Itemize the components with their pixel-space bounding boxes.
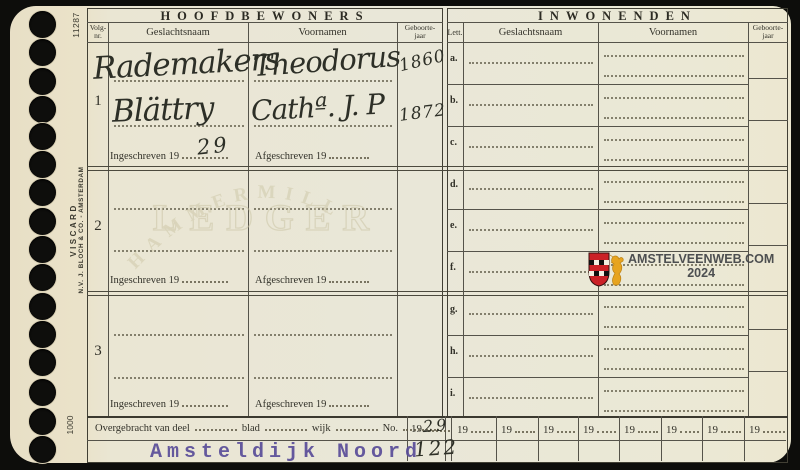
paper-watermark-main-text: LEDGER (153, 198, 381, 239)
grid-line (447, 335, 748, 336)
dotted-line (604, 410, 744, 412)
scanned-register-card: 11287 VISCARD N.V. J. BLOCH & CO. - AMST… (0, 0, 800, 470)
dotted-line (182, 402, 228, 407)
year-cell: 19 (666, 424, 699, 436)
year-cell-label: 19 (749, 424, 760, 436)
year-cell: 19 (707, 424, 741, 436)
col-header-geslachtsnaam: Geslachtsnaam (463, 27, 598, 38)
dotted-line (604, 390, 744, 392)
grid-line (748, 78, 788, 79)
grid-line (447, 209, 748, 210)
blad-text: blad (242, 423, 260, 434)
dotted-line (265, 426, 307, 431)
dotted-line (604, 117, 744, 119)
transfer-year-handwritten: 29 (422, 417, 450, 435)
letter-label: d. (450, 179, 458, 190)
punch-hole (29, 236, 56, 263)
punch-hole (29, 96, 56, 123)
punch-hole (29, 208, 56, 235)
punch-hole (29, 39, 56, 66)
grid-line (87, 22, 443, 23)
dotted-line (604, 55, 744, 57)
year-cell: 19 (583, 424, 616, 436)
dotted-line (336, 426, 378, 431)
dotted-line (469, 62, 593, 64)
grid-line (447, 126, 748, 127)
grid-line (447, 42, 788, 43)
serial-number-top: 11287 (71, 5, 81, 45)
site-watermark: AMSTELVEENWEB.COM 2024 (588, 252, 774, 288)
letter-label: f. (450, 262, 456, 273)
dotted-line (604, 368, 744, 370)
dotted-line (254, 334, 392, 336)
dotted-line (469, 146, 593, 148)
dotted-line (604, 159, 744, 161)
grid-line (748, 22, 749, 416)
dotted-line (469, 104, 593, 106)
dotted-line (604, 242, 744, 244)
dotted-line (471, 428, 493, 433)
col-header-geboortejaar: Geboorte- jaar (748, 24, 788, 41)
printer-imprint: VISCARD N.V. J. BLOCH & CO. - AMSTERDAM (69, 160, 85, 300)
site-watermark-url: AMSTELVEENWEB.COM (628, 252, 774, 266)
dotted-line (763, 428, 785, 433)
house-number-handwritten: 122 (413, 436, 458, 459)
punch-hole (29, 321, 56, 348)
overgebracht-text: Overgebracht van deel (95, 423, 190, 434)
dotted-line (329, 402, 369, 407)
grid-line (619, 416, 620, 461)
dotted-line (597, 428, 616, 433)
grid-line (748, 203, 788, 204)
punch-hole (29, 293, 56, 320)
punch-hole (29, 436, 56, 463)
year-cell: 19 (457, 424, 493, 436)
year-cell-label: 19 (666, 424, 677, 436)
year-cell-label: 19 (543, 424, 554, 436)
row-number: 1 (90, 93, 106, 110)
dotted-line (604, 139, 744, 141)
grid-line (748, 371, 788, 372)
dotted-line (604, 201, 744, 203)
col-header-voornamen: Voornamen (248, 27, 397, 38)
dotted-line (469, 188, 593, 190)
punch-hole (29, 151, 56, 178)
punch-hole (29, 123, 56, 150)
grid-line (463, 22, 464, 416)
year-cell: 19 (501, 424, 535, 436)
punch-hole (29, 264, 56, 291)
grid-line (748, 329, 788, 330)
printer-name: VISCARD (69, 160, 78, 300)
dotted-line (469, 313, 593, 315)
grid-line (447, 22, 788, 23)
punch-hole (29, 408, 56, 435)
wijk-text: wijk (312, 423, 331, 434)
afgeschreven-label: Afgeschreven 19 (255, 399, 369, 410)
letter-label: h. (450, 346, 458, 357)
dotted-line (604, 306, 744, 308)
grid-line (496, 416, 497, 461)
paper-brand-watermark: HAMMERMILL LEDGER (112, 158, 422, 298)
year-cell-label: 19 (501, 424, 512, 436)
surname-handwritten: Blättry (111, 93, 213, 128)
punch-hole (29, 68, 56, 95)
amstelveen-coat-of-arms-icon (588, 252, 610, 288)
dotted-line (469, 355, 593, 357)
dotted-line (469, 229, 593, 231)
dotted-line (254, 377, 392, 379)
no-text: No. (383, 423, 398, 434)
year-cell: 19 (624, 424, 658, 436)
punch-hole (29, 11, 56, 38)
dotted-line (557, 428, 575, 433)
grid-line (538, 416, 539, 461)
punch-hole (29, 349, 56, 376)
col-header-geslachtsnaam: Geslachtsnaam (108, 27, 248, 38)
grid-line (578, 416, 579, 461)
grid-line (447, 84, 748, 85)
firstnames-handwritten: Cathª. J. P (250, 91, 384, 126)
grid-line (748, 245, 788, 246)
row-number: 3 (90, 343, 106, 360)
dotted-line (114, 334, 244, 336)
letter-label: i. (450, 388, 455, 399)
serial-number-bottom: 1000 (65, 407, 75, 443)
col-header-voornamen: Voornamen (598, 27, 748, 38)
address-stamp: Amsteldijk Noord (150, 441, 422, 464)
letter-label: b. (450, 95, 458, 106)
letter-label: g. (450, 304, 458, 315)
col-header-lett: Lett. (447, 28, 463, 37)
ingeschreven-text: Ingeschreven 19 (110, 399, 179, 410)
year-cell: 19 (543, 424, 575, 436)
dotted-line (604, 348, 744, 350)
ingeschreven-label: Ingeschreven 19 (110, 399, 228, 410)
grid-line (447, 377, 748, 378)
letter-label: e. (450, 220, 457, 231)
dotted-line (604, 181, 744, 183)
year-cell-label: 19 (624, 424, 635, 436)
letter-label: a. (450, 53, 458, 64)
grid-line (748, 120, 788, 121)
site-watermark-year: 2024 (628, 266, 774, 280)
letter-label: c. (450, 137, 457, 148)
dotted-line (680, 428, 699, 433)
grid-line (744, 416, 745, 461)
dotted-line (195, 426, 237, 431)
col-header-volgnr: Volg- nr. (88, 24, 108, 41)
dotted-line (638, 428, 658, 433)
punch-hole (29, 379, 56, 406)
col-header-geboortejaar: Geboorte- jaar (398, 24, 442, 41)
year-cell-label: 19 (583, 424, 594, 436)
grid-line (702, 416, 703, 461)
year-cell: 19 (749, 424, 785, 436)
printer-address: N.V. J. BLOCH & CO. - AMSTERDAM (78, 160, 85, 300)
overgebracht-line: Overgebracht van deel blad wijk No. (95, 423, 439, 434)
grid-line (661, 416, 662, 461)
row-number: 2 (90, 218, 106, 235)
dotted-line (604, 75, 744, 77)
dotted-line (469, 397, 593, 399)
ingeschreven-year-handwritten: 29 (196, 134, 231, 158)
year-cell-label: 19 (707, 424, 718, 436)
grid-line (598, 22, 599, 416)
dotted-line (604, 326, 744, 328)
punch-hole (29, 179, 56, 206)
afgeschreven-text: Afgeschreven 19 (255, 399, 326, 410)
dotted-line (721, 428, 741, 433)
dotted-line (604, 222, 744, 224)
dotted-line (604, 97, 744, 99)
year-cell-label: 19 (457, 424, 468, 436)
dotted-line (469, 271, 593, 273)
lion-rampant-icon (608, 253, 625, 287)
dotted-line (515, 428, 535, 433)
dotted-line (114, 377, 244, 379)
